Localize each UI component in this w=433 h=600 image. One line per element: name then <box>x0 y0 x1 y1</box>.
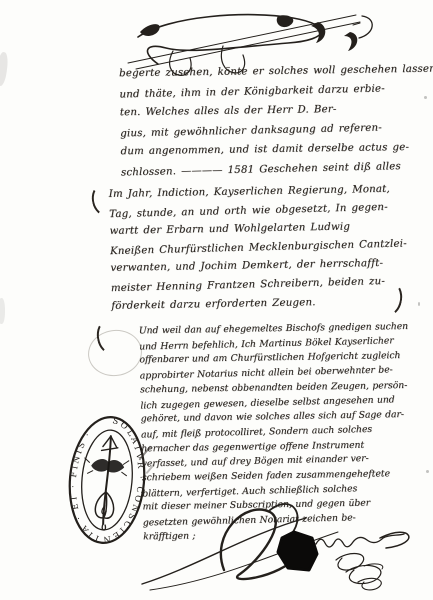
pen-mark-top-right <box>352 12 382 42</box>
ink-blot <box>278 532 317 570</box>
ink-speck <box>418 302 420 306</box>
ink-speck <box>424 96 427 99</box>
paragraph-1: begerte zusehen, könte er solches woll g… <box>119 59 427 182</box>
manuscript-page: begerte zusehen, könte er solches woll g… <box>0 0 433 600</box>
ink-speck <box>426 470 429 473</box>
edge-smudge <box>0 298 5 324</box>
edge-smudge <box>0 52 9 87</box>
seal-emblem-staff-icon <box>79 434 131 532</box>
notary-signature-flourish <box>128 492 433 597</box>
